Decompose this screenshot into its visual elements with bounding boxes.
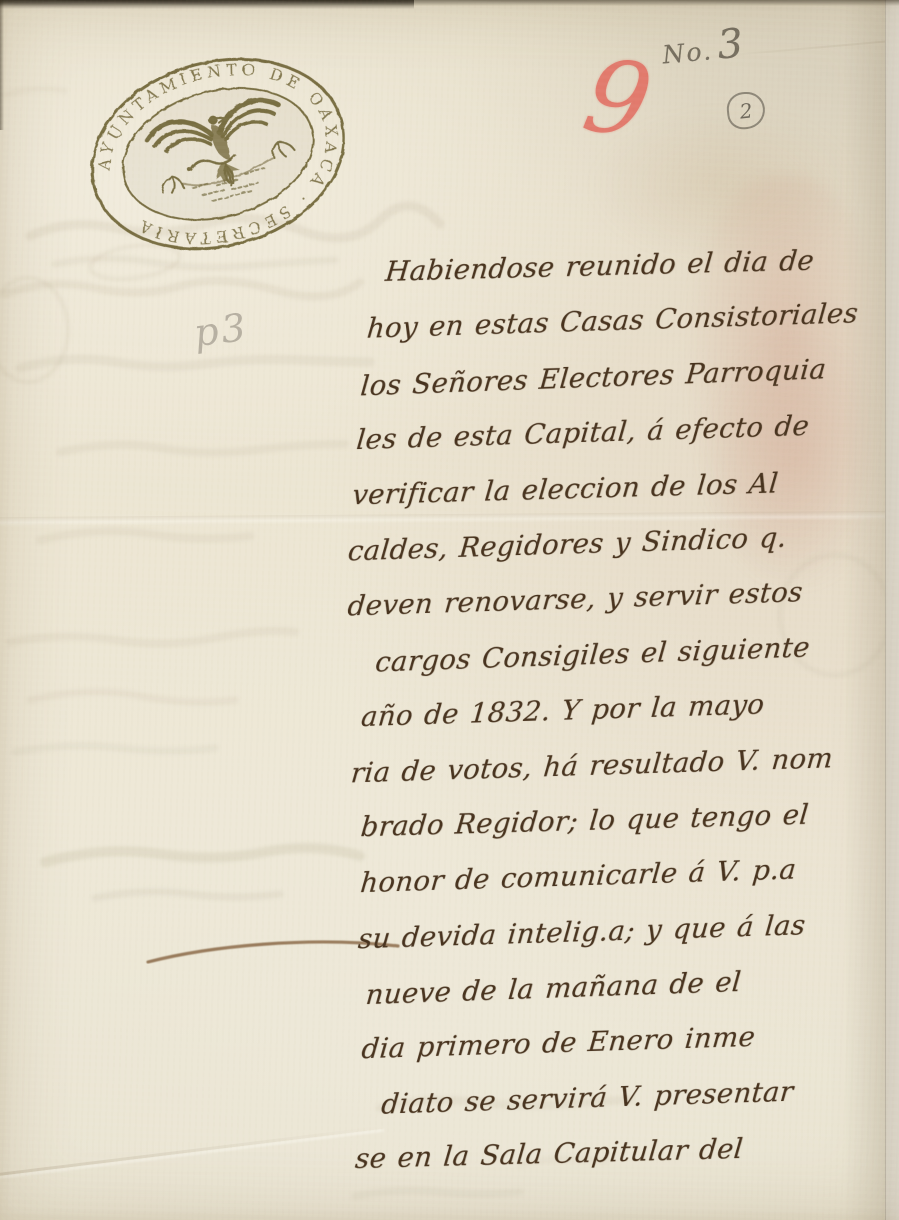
folio-annotation: No. 3 <box>660 21 745 74</box>
scan-edge-left <box>0 0 4 130</box>
paper-right-edge <box>885 0 899 1220</box>
municipal-seal: AYUNTAMIENTO DE OAXACA · SECRETARIA <box>68 42 368 267</box>
manuscript-text: Habiendose reunido el dia de hoy en esta… <box>323 241 899 1200</box>
scan-edge-top-left <box>0 0 414 9</box>
folio-label: No. <box>661 36 714 69</box>
folio-number: 3 <box>715 21 744 69</box>
circled-number-value: 2 <box>738 98 753 123</box>
pencil-mark: p3 <box>192 305 251 355</box>
manuscript-scan: AYUNTAMIENTO DE OAXACA · SECRETARIA <box>0 0 899 1220</box>
paper-edge-shading <box>844 0 886 1220</box>
